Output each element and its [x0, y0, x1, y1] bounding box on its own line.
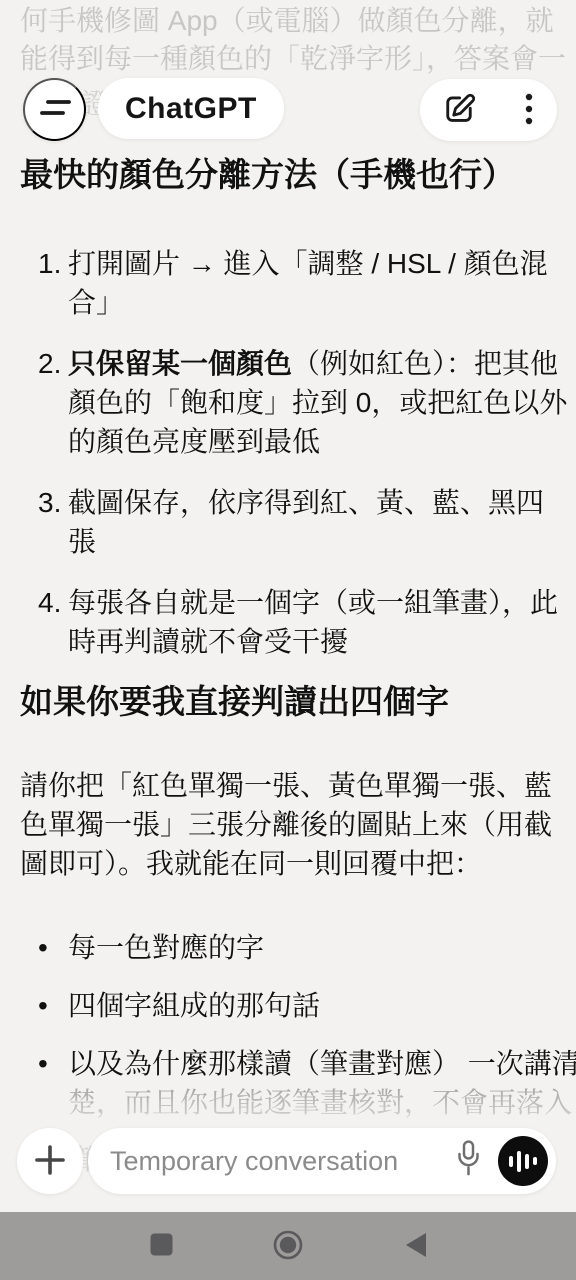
- list-item: • 每一色對應的字: [20, 928, 556, 967]
- nav-back-button[interactable]: [402, 1233, 428, 1259]
- microphone-icon: [455, 1139, 482, 1184]
- overflow-menu-button[interactable]: [522, 92, 536, 128]
- nav-recents-button[interactable]: [148, 1233, 174, 1259]
- list-number: 4.: [38, 583, 68, 661]
- message-input[interactable]: Temporary conversation: [88, 1128, 556, 1194]
- app-title: ChatGPT: [125, 92, 257, 126]
- compose-icon: [441, 91, 477, 130]
- input-placeholder: Temporary conversation: [110, 1146, 455, 1177]
- list-number: 2.: [38, 344, 68, 461]
- model-title-pill[interactable]: ChatGPT: [98, 78, 284, 139]
- list-number: 1.: [38, 244, 68, 322]
- list-item: 1. 打開圖片 → 進入「調整 / HSL / 顏色混 合」: [20, 244, 556, 322]
- plus-icon: [33, 1143, 67, 1180]
- voice-waveform-icon: [509, 1151, 538, 1172]
- nav-home-button[interactable]: [275, 1233, 301, 1259]
- context-line: 能得到每一種顏色的「乾淨字形」，答案會一: [20, 40, 566, 78]
- list-item: 3. 截圖保存，依序得到紅、黃、藍、黑四 張: [20, 483, 556, 561]
- header-actions-pill: [420, 79, 557, 141]
- paragraph: 請你把「紅色單獨一張、黃色單獨一張、藍 色單獨一張」三張分離後的圖貼上來（用截 …: [20, 766, 556, 883]
- scrolled-context-text: 何手機修圖 App（或電腦）做顏色分離，就 能得到每一種顏色的「乾淨字形」，答案…: [20, 2, 566, 78]
- recents-square-icon: [150, 1233, 173, 1259]
- attach-plus-button[interactable]: [17, 1128, 83, 1194]
- ordered-list: 1. 打開圖片 → 進入「調整 / HSL / 顏色混 合」 2. 只保留某一個…: [20, 244, 556, 661]
- message-heading-2: 如果你要我直接判讀出四個字: [20, 683, 556, 721]
- list-number: 3.: [38, 483, 68, 561]
- android-nav-bar: [0, 1212, 576, 1280]
- assistant-message: 最快的顏色分離方法（手機也行） 1. 打開圖片 → 進入「調整 / HSL / …: [20, 156, 556, 1141]
- chatgpt-app-screen: 何手機修圖 App（或電腦）做顏色分離，就 能得到每一種顏色的「乾淨字形」，答案…: [0, 0, 576, 1280]
- voice-mode-button[interactable]: [498, 1136, 548, 1186]
- new-chat-button[interactable]: [441, 92, 477, 128]
- home-circle-icon: [273, 1230, 303, 1263]
- message-heading-1: 最快的顏色分離方法（手機也行）: [20, 156, 556, 194]
- list-item: • 四個字組成的那句話: [20, 986, 556, 1025]
- dictation-button[interactable]: [455, 1139, 482, 1184]
- context-line: 何手機修圖 App（或電腦）做顏色分離，就: [20, 2, 566, 40]
- sidebar-menu-button[interactable]: [23, 78, 86, 141]
- list-item: 4. 每張各自就是一個字（或一組筆畫），此 時再判讀就不會受干擾: [20, 583, 556, 661]
- back-triangle-icon: [404, 1232, 427, 1261]
- kebab-menu-icon: [524, 92, 534, 129]
- bullet-dot: •: [38, 928, 68, 967]
- bold-text: 只保留某一個顏色: [68, 348, 292, 379]
- bullet-dot: •: [38, 986, 68, 1025]
- sidebar-menu-icon: [39, 98, 71, 121]
- list-item: 2. 只保留某一個顏色（例如紅色）：把其他 顏色的「飽和度」拉到 0，或把紅色以…: [20, 344, 556, 461]
